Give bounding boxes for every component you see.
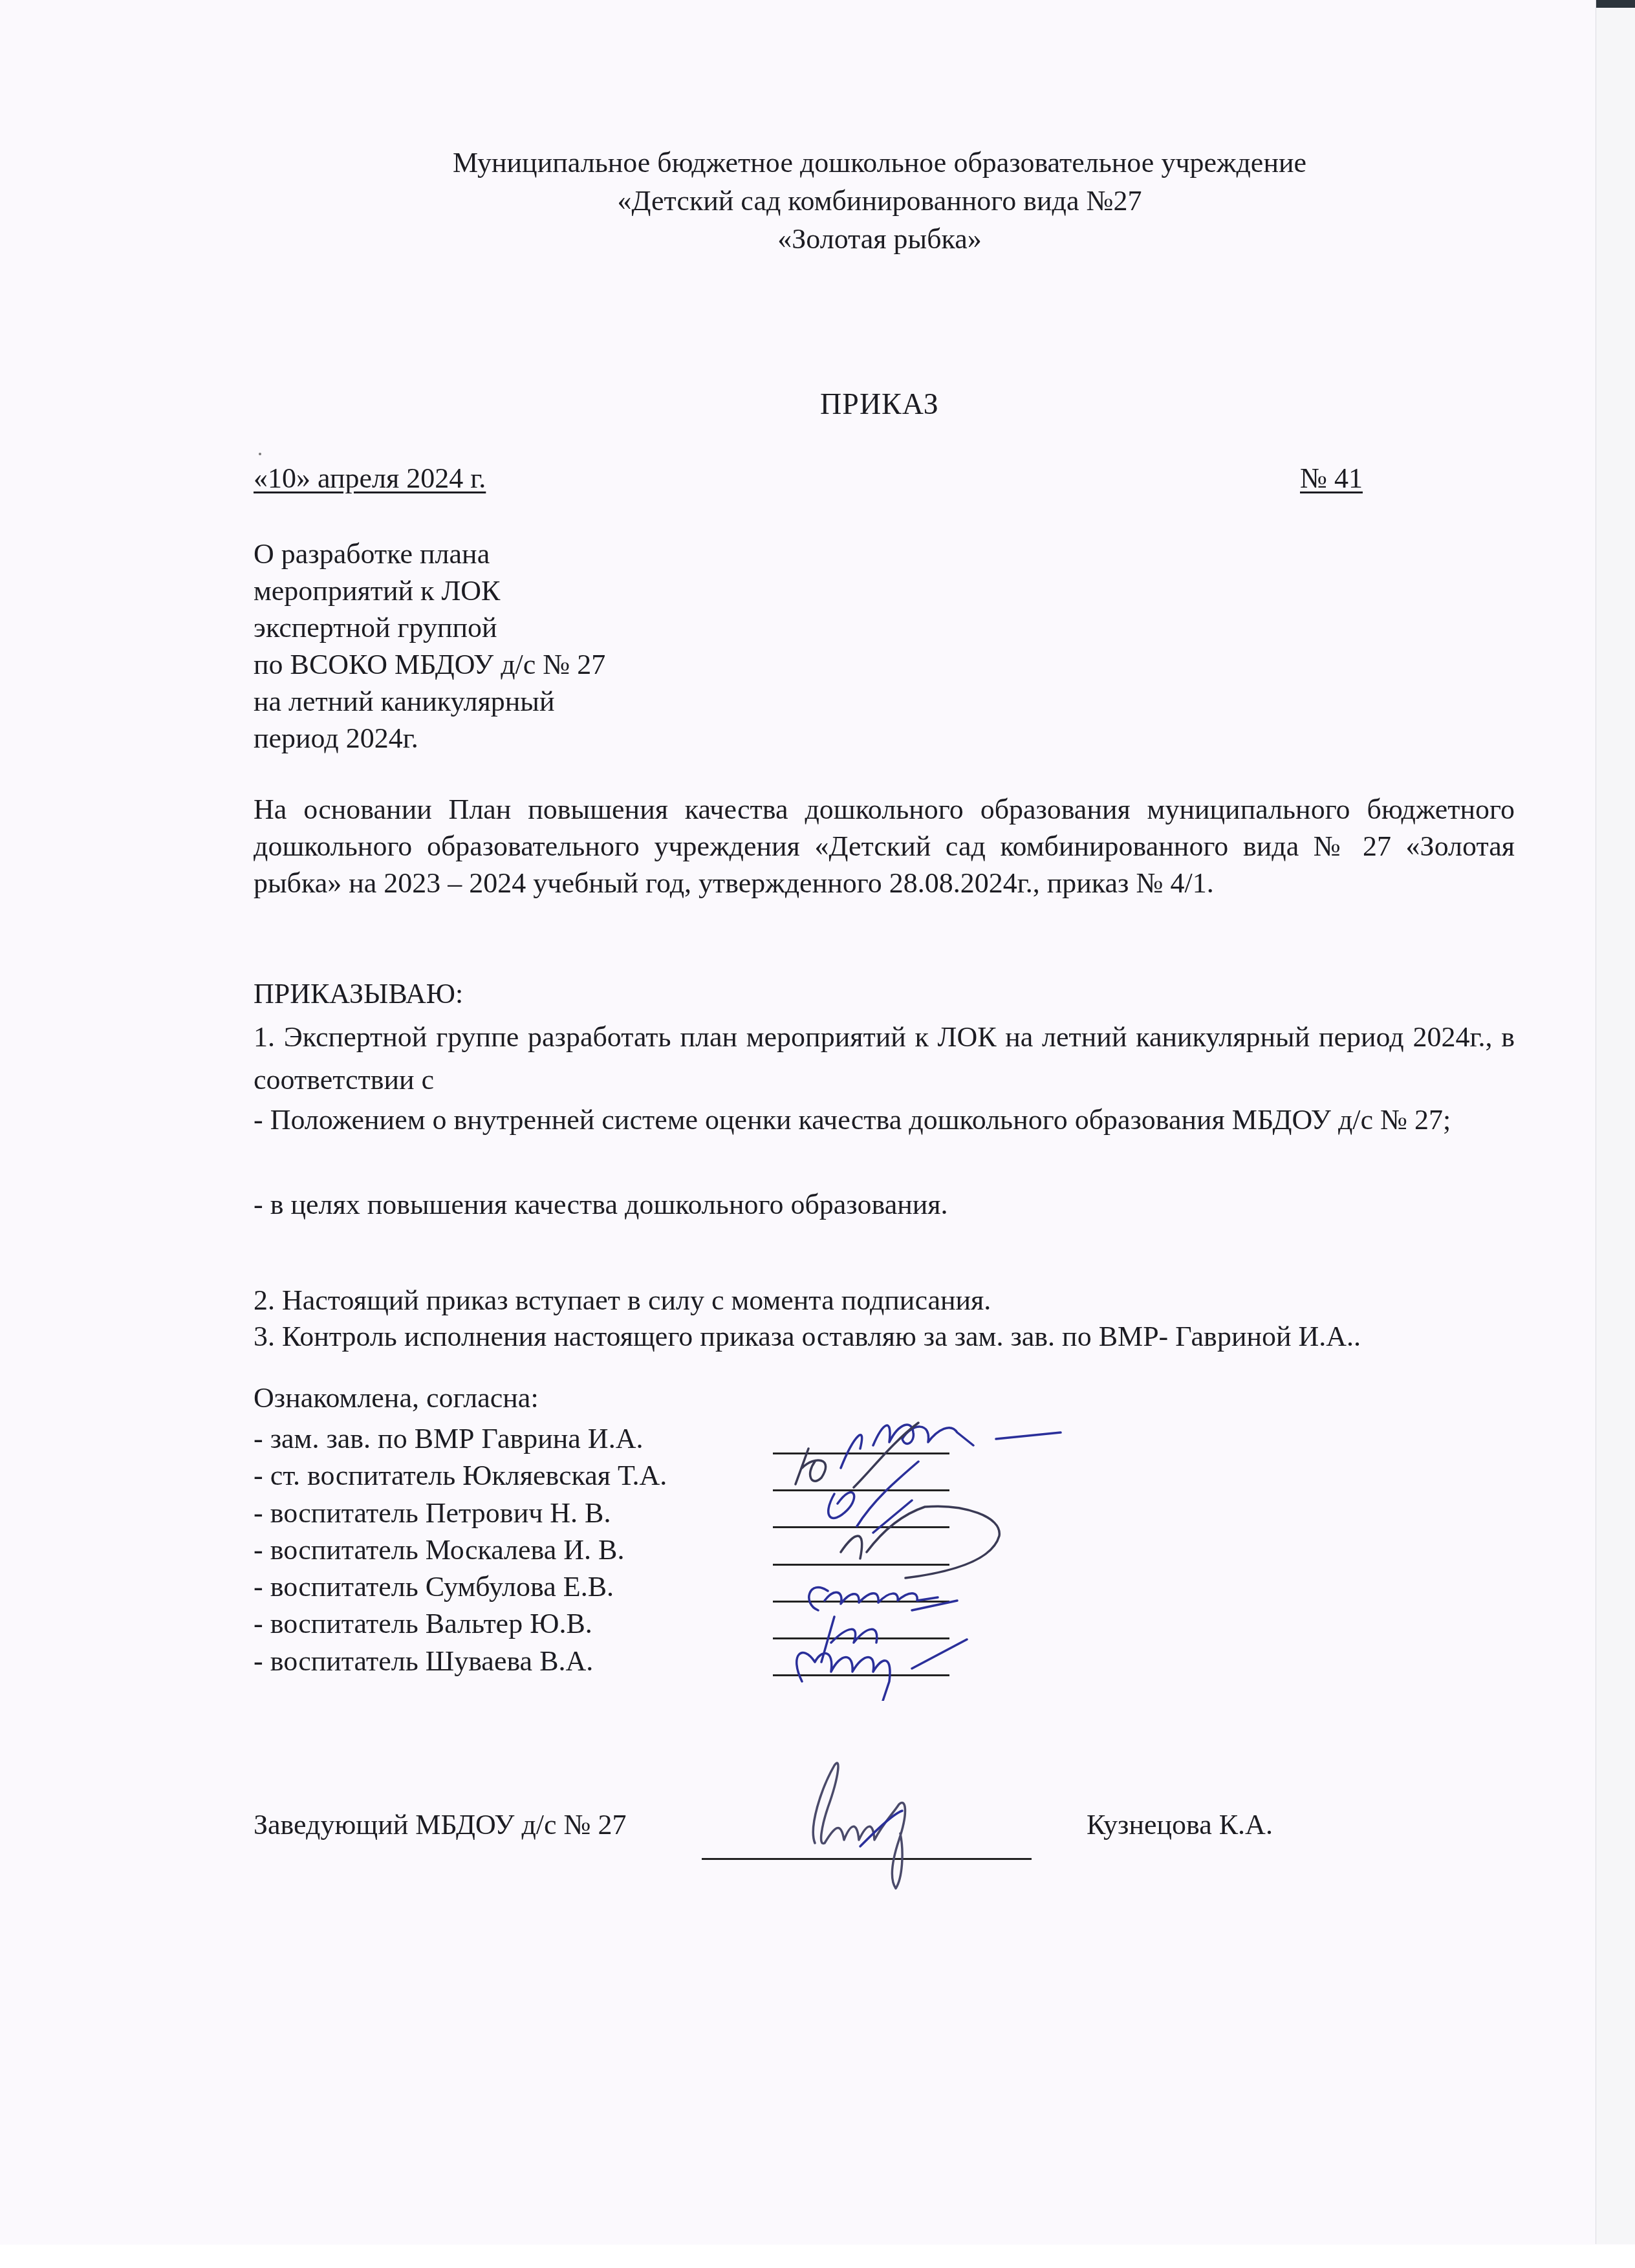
header-line-3: «Золотая рыбка» xyxy=(233,220,1526,258)
head-signature-label: Заведующий МБДОУ д/с № 27 xyxy=(254,1811,627,1839)
order-date: «10» апреля 2024 г. xyxy=(254,464,486,493)
order-item-2: 2. Настоящий приказ вступает в силу с мо… xyxy=(254,1284,991,1317)
scanner-page-edge xyxy=(1596,0,1635,2244)
order-item-3: 3. Контроль исполнения настоящего приказ… xyxy=(254,1320,1361,1353)
order-heading: ПРИКАЗЫВАЮ: xyxy=(254,980,463,1008)
subject-line: период 2024г. xyxy=(254,720,605,757)
signatory: - воспитатель Шуваева В.А. xyxy=(254,1643,667,1679)
handwritten-signatures-icon xyxy=(744,1397,1080,1701)
signatory: - воспитатель Москалева И. В. xyxy=(254,1531,667,1568)
subject-line: на летний каникулярный xyxy=(254,683,605,720)
scanner-dark-corner xyxy=(1596,0,1635,8)
signatory: - воспитатель Петрович Н. В. xyxy=(254,1495,667,1531)
signatory: - ст. воспитатель Юкляевская Т.А. xyxy=(254,1457,667,1494)
signatory: - зам. зав. по ВМР Гаврина И.А. xyxy=(254,1420,667,1457)
order-item-1: 1. Экспертной группе разработать план ме… xyxy=(254,1016,1515,1101)
institution-header: Муниципальное бюджетное дошкольное образ… xyxy=(233,144,1526,258)
header-line-1: Муниципальное бюджетное дошкольное образ… xyxy=(233,144,1526,182)
subject-line: экспертной группой xyxy=(254,609,605,646)
acknowledgement-heading: Ознакомлена, согласна: xyxy=(254,1384,539,1412)
basis-paragraph: На основании План повышения качества дош… xyxy=(254,791,1515,902)
header-line-2: «Детский сад комбинированного вида №27 xyxy=(233,182,1526,220)
subject-line: О разработке плана xyxy=(254,535,605,572)
scan-speck xyxy=(259,453,261,455)
subject-line: мероприятий к ЛОК xyxy=(254,572,605,609)
order-subject: О разработке плана мероприятий к ЛОК экс… xyxy=(254,535,605,757)
order-item-1-sub-1: - Положением о внутренней системе оценки… xyxy=(254,1099,1515,1141)
order-number: № 41 xyxy=(1300,464,1363,493)
head-name: Кузнецова К.А. xyxy=(1087,1811,1273,1839)
subject-line: по ВСОКО МБДОУ д/с № 27 xyxy=(254,646,605,683)
signatory: - воспитатель Вальтер Ю.В. xyxy=(254,1605,667,1642)
order-item-1-sub-2: - в целях повышения качества дошкольного… xyxy=(254,1183,1515,1226)
acknowledgement-list: - зам. зав. по ВМР Гаврина И.А. - ст. во… xyxy=(254,1420,667,1679)
head-handwritten-signature-icon xyxy=(789,1749,970,1898)
signatory: - воспитатель Сумбулова Е.В. xyxy=(254,1568,667,1605)
document-title: ПРИКАЗ xyxy=(744,387,1015,421)
scanner-bottom-strip xyxy=(0,2245,1635,2268)
